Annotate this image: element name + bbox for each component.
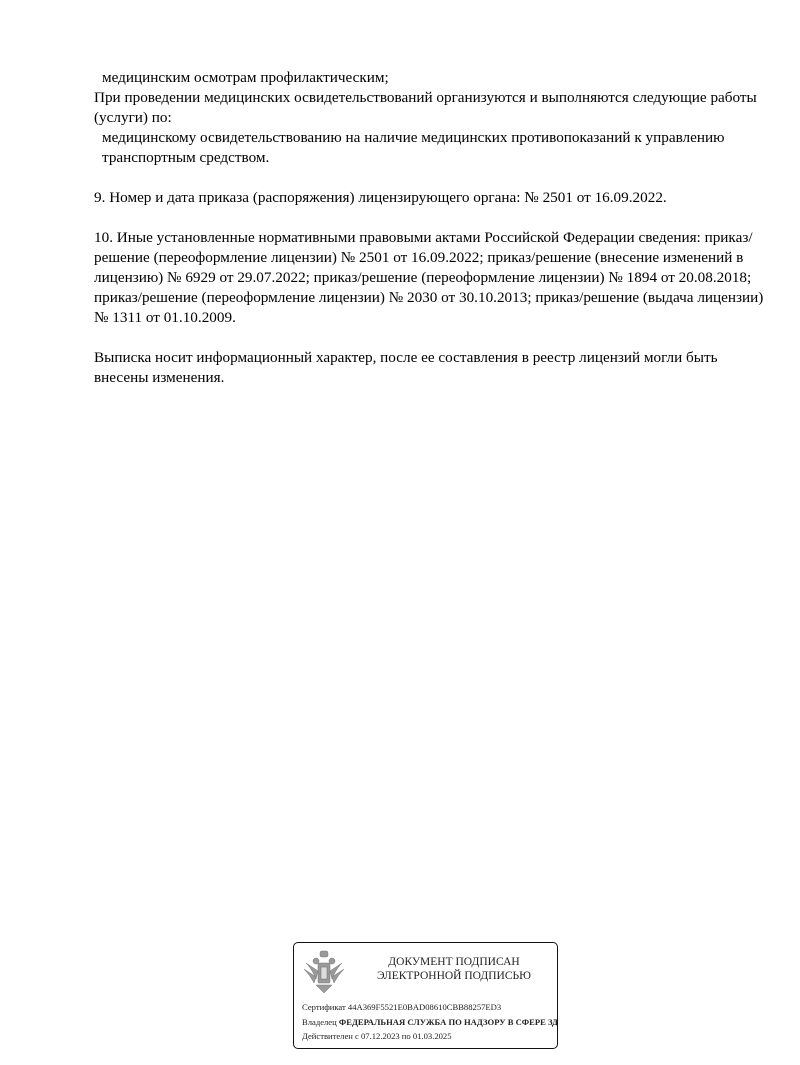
list-item-medical-exams: медицинским осмотрам профилактическим;: [94, 68, 774, 88]
stamp-details: Сертификат 44A369F5521E0BAD08610CBB88257…: [302, 1000, 558, 1044]
electronic-signature-stamp: ДОКУМЕНТ ПОДПИСАН ЭЛЕКТРОННОЙ ПОДПИСЬЮ С…: [293, 942, 558, 1049]
russian-coat-of-arms-icon: [302, 949, 346, 995]
stamp-title-line1: ДОКУМЕНТ ПОДПИСАН: [354, 955, 554, 969]
stamp-title: ДОКУМЕНТ ПОДПИСАН ЭЛЕКТРОННОЙ ПОДПИСЬЮ: [354, 955, 554, 983]
certificate-label: Сертификат: [302, 1002, 346, 1012]
disclaimer: Выписка носит информационный характер, п…: [94, 348, 774, 388]
document-body: медицинским осмотрам профилактическим; П…: [94, 68, 774, 388]
owner-value: ФЕДЕРАЛЬНАЯ СЛУЖБА ПО НАДЗОРУ В СФЕРЕ ЗД…: [339, 1017, 558, 1027]
owner-line: Владелец ФЕДЕРАЛЬНАЯ СЛУЖБА ПО НАДЗОРУ В…: [302, 1015, 558, 1030]
section-9-order-number: 9. Номер и дата приказа (распоряжения) л…: [94, 188, 774, 208]
spacer: [94, 328, 774, 348]
validity-line: Действителен с 07.12.2023 по 01.03.2025: [302, 1029, 558, 1044]
spacer: [94, 208, 774, 228]
list-item-driving-certification: медицинскому освидетельствованию на нали…: [94, 128, 774, 168]
certificate-line: Сертификат 44A369F5521E0BAD08610CBB88257…: [302, 1000, 558, 1015]
owner-label: Владелец: [302, 1017, 337, 1027]
spacer: [94, 168, 774, 188]
certificate-value: 44A369F5521E0BAD08610CBB88257ED3: [348, 1002, 501, 1012]
section-10-other-info: 10. Иные установленные нормативными прав…: [94, 228, 774, 328]
stamp-title-line2: ЭЛЕКТРОННОЙ ПОДПИСЬЮ: [354, 969, 554, 983]
certifications-intro: При проведении медицинских освидетельств…: [94, 88, 774, 128]
